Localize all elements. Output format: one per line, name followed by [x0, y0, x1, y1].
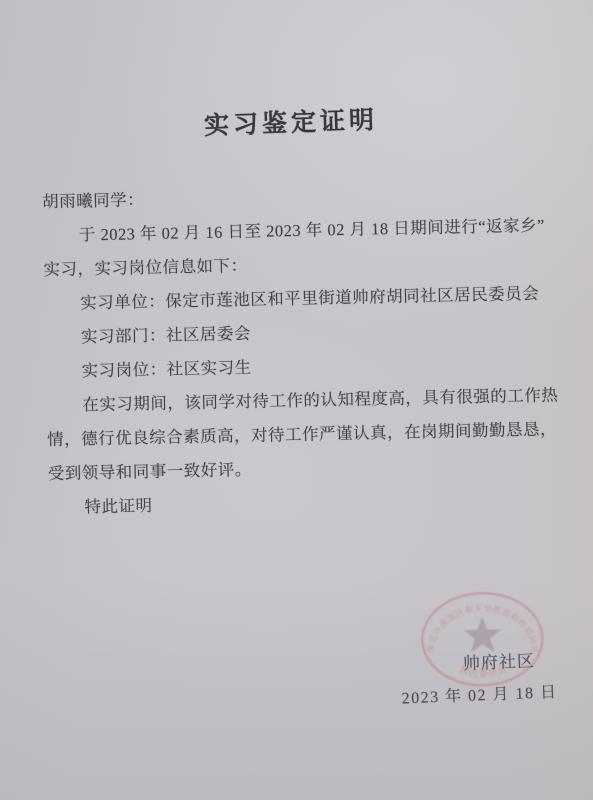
- document-body: 胡雨曦同学： 于 2023 年 02 月 16 日至 2023 年 02 月 1…: [42, 180, 560, 531]
- page-title: 实习鉴定证明: [0, 93, 588, 150]
- certificate-sheet: 实习鉴定证明 胡雨曦同学： 于 2023 年 02 月 16 日至 2023 年…: [0, 0, 593, 800]
- official-seal-stamp: 保定市莲池区和平里街道帅府胡同社区 居民委员会: [416, 588, 548, 693]
- signature-text: 帅府社区: [462, 646, 535, 674]
- document-photo: 实习鉴定证明 胡雨曦同学： 于 2023 年 02 月 16 日至 2023 年…: [0, 0, 593, 800]
